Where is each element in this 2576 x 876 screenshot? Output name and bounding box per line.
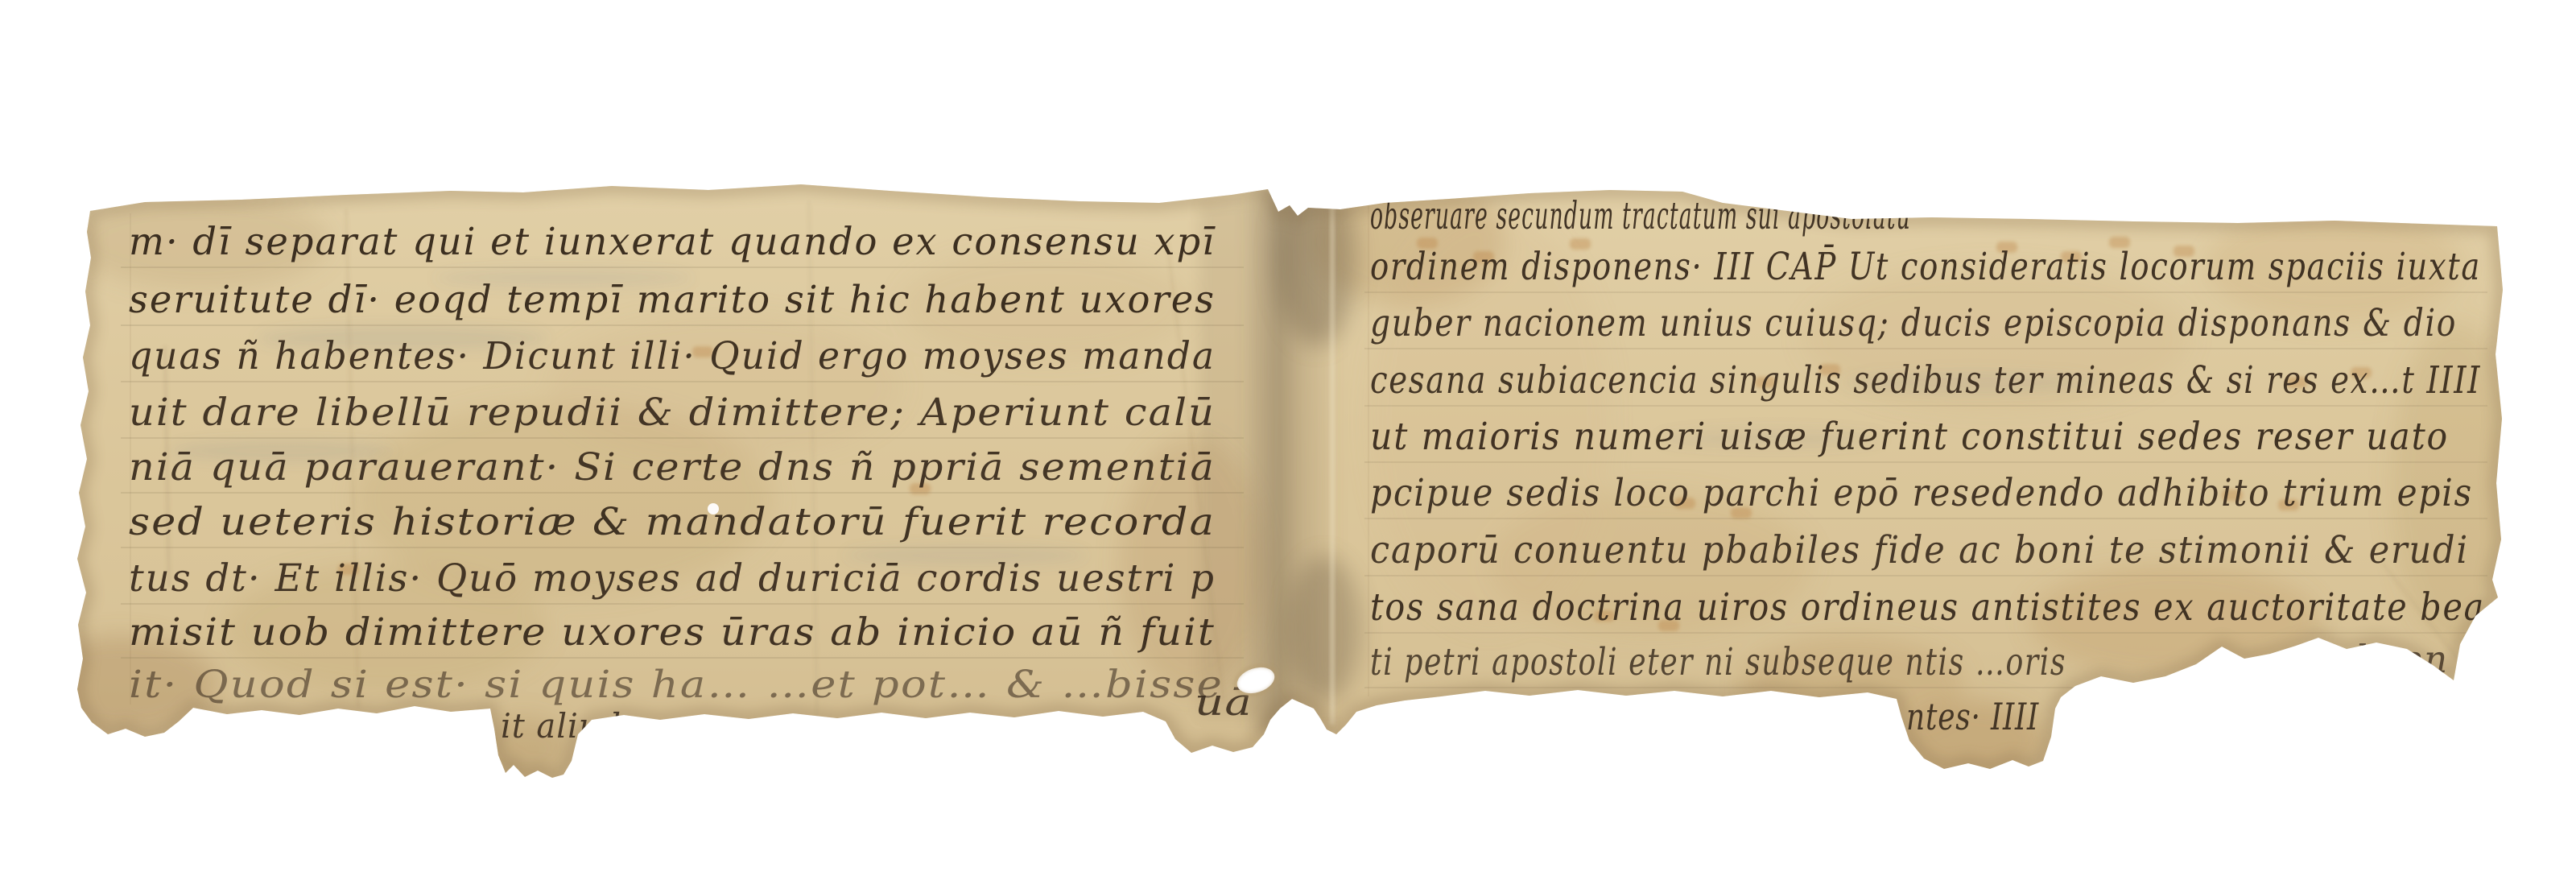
right-line-5: ut maioris numeri uisæ fuerint constitui… [1370, 415, 2449, 459]
right-line-6: pcipue sedis loco parchi epō resedendo a… [1370, 471, 2473, 515]
right-line-8: tos sana doctrina uiros ordineus antisti… [1370, 585, 2485, 630]
right-line-4: cesana subiacencia singulis sedibus ter … [1370, 358, 2481, 403]
left-line-9: it· Quod si est· si quis ha… …et pot… & … [129, 663, 1224, 707]
left-line-1: m· dī separat qui et iunxerat quando ex … [129, 220, 1216, 264]
manuscript-scan-page: m· dī separat qui et iunxerat quando ex … [0, 0, 2576, 876]
left-line-2: seruitute dī· eoqd tempī marito sit hic … [129, 278, 1216, 322]
right-line-2: ordinem disponens· III CAP̄ Ut considera… [1370, 243, 2481, 289]
centre-fold-shadow [1199, 169, 1360, 733]
left-column-text: m· dī separat qui et iunxerat quando ex … [129, 220, 1224, 707]
left-line-3: quas ñ habentes· Dicunt illi· Quid ergo … [129, 334, 1216, 378]
right-line-3: guber nacionem unius cuiusq; ducis episc… [1370, 301, 2457, 345]
left-line-8: misit uob dimittere uxores ūras ab inici… [129, 610, 1216, 655]
left-line-6: sed ueteris historiæ & mandatorū fuerit … [129, 500, 1216, 544]
left-line-5: niā quā parauerant· Si certe dns ñ ppriā… [129, 445, 1216, 490]
right-column-text: obseruare secundum tractatum sui apostol… [1370, 194, 2485, 684]
left-line-7: tus dt· Et illis· Quō moyses ad duriciā … [129, 556, 1216, 601]
left-line-4: uit dare libellū repudii & dimittere; Ap… [129, 390, 1216, 435]
parchment-fragment-image: m· dī separat qui et iunxerat quando ex … [0, 0, 2576, 876]
right-line-9: ti petri apostoli eter ni subseque ntis … [1370, 640, 2066, 684]
right-line-7: caporū conuentu pbabiles fide ac boni te… [1370, 528, 2469, 572]
right-tab-fragment: ntes· IIII [1906, 695, 2039, 738]
